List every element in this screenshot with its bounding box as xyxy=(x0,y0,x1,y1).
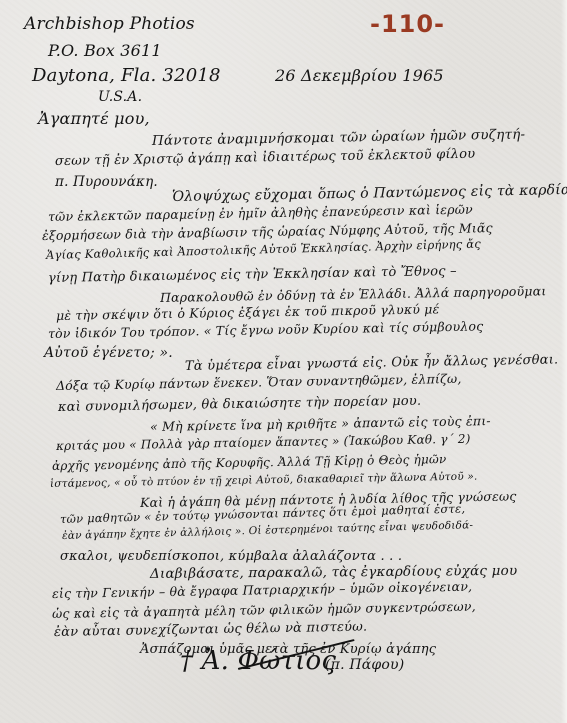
sender-po-box: P.O. Box 3611 xyxy=(48,43,162,59)
body-line: Αὐτοῦ ἐγένετο; ». xyxy=(44,346,173,360)
body-line: Ὁλοψύχως εὔχομαι ὅπως ὁ Παντώμενος εἰς τ… xyxy=(172,183,567,204)
body-line: τὸν ἰδικόν Του τρόπον. « Τίς ἔγνω νοῦν Κ… xyxy=(48,320,484,340)
body-line: π. Πυρουνάκη. xyxy=(55,176,158,190)
body-line: ἐὰν αὗται συνεχίζωνται ὡς θέλω νὰ πιστεύ… xyxy=(54,621,368,639)
body-line: γίνῃ Πατὴρ δικαιωμένος εἰς τὴν Ἐκκλησίαν… xyxy=(48,265,457,285)
sender-city: Daytona, Fla. 32018 xyxy=(32,67,221,85)
page-number: -110- xyxy=(370,10,445,38)
paper-edge xyxy=(561,0,567,723)
body-line: σκαλοι, ψευδεπίσκοποι, κύμβαλα ἀλαλάζοντ… xyxy=(60,550,402,563)
sender-country: U.S.A. xyxy=(98,90,142,104)
body-line: τῶν ἐκλεκτῶν παραμείνῃ ἐν ἡμῖν ἀληθὴς ἐπ… xyxy=(48,204,473,224)
letter-date: 26 Δεκεμβρίου 1965 xyxy=(275,68,444,84)
letter-page: -110- Archbishop Photios P.O. Box 3611 D… xyxy=(0,0,567,723)
body-line: εἰς τὴν Γενικήν – θὰ ἔγραφα Πατριαρχικήν… xyxy=(52,581,472,601)
body-line: Τὰ ὑμέτερα εἶναι γνωστά εἰς. Οὐκ ἦν ἄλλω… xyxy=(185,353,559,373)
signature: † Ἀ. Φώτιος xyxy=(180,648,336,674)
salutation: Ἀγαπητέ μου, xyxy=(38,111,150,127)
body-line: Πάντοτε ἀναμιμνήσκομαι τῶν ὡραίων ἡμῶν σ… xyxy=(152,128,525,148)
body-line: ὡς καὶ εἰς τὰ ἀγαπητὰ μέλη τῶν φιλικῶν ἡ… xyxy=(52,601,476,621)
body-line: Παρακολουθῶ ἐν ὀδύνῃ τὰ ἐν Ἑλλάδι. Ἀλλά … xyxy=(160,285,547,304)
sender-name: Archbishop Photios xyxy=(24,16,195,33)
body-line: « Μὴ κρίνετε ἵνα μὴ κριθῆτε » ἀπαντῶ εἰς… xyxy=(150,415,491,433)
body-line: Δόξα τῷ Κυρίῳ πάντων ἕνεκεν. Ὅταν συναντ… xyxy=(56,373,462,393)
body-line: σεων τῇ ἐν Χριστῷ ἀγάπῃ καὶ ἰδιαιτέρως τ… xyxy=(55,148,476,168)
body-line: καὶ συνομιλήσωμεν, θὰ δικαιώσητε τὴν πορ… xyxy=(58,395,422,414)
signature-note: (π. Πάφου) xyxy=(325,658,404,672)
body-line: κριτάς μου « Πολλὰ γὰρ πταίομεν ἅπαντες … xyxy=(56,433,471,452)
body-line: ἱστάμενος, « οὗ τὸ πτύον ἐν τῇ χειρὶ Αὐτ… xyxy=(50,472,478,490)
body-line: ἀρχῆς γενομένης ἀπὸ τῆς Κορυφῆς. Ἀλλά Τῇ… xyxy=(52,453,447,472)
body-line: Ἁγίας Καθολικῆς καὶ Ἀποστολικῆς Αὐτοῦ Ἐκ… xyxy=(46,239,481,262)
